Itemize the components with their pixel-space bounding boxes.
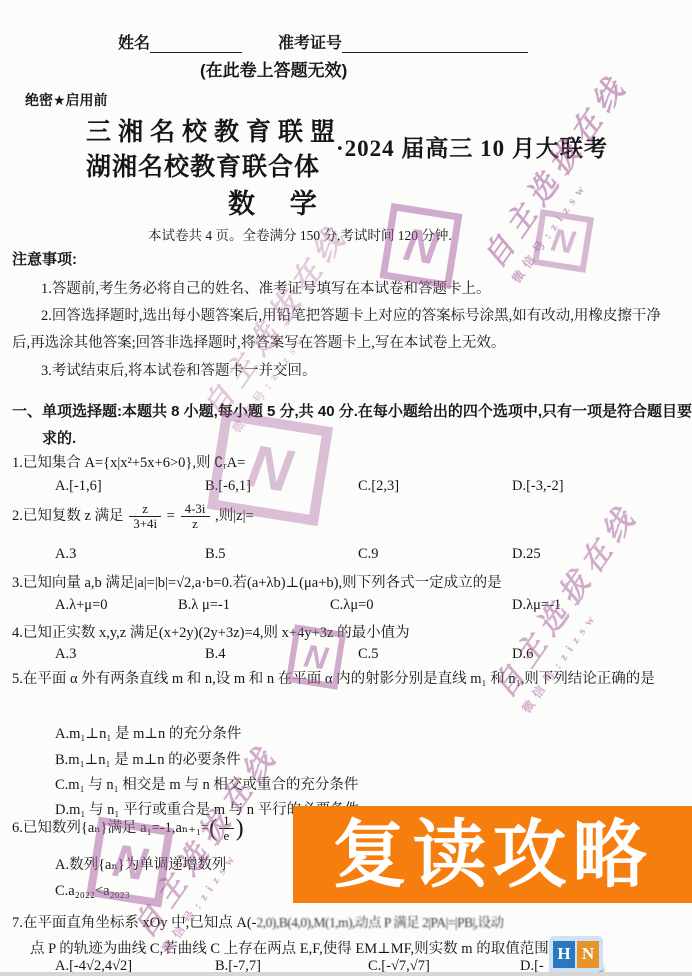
option-c: C.5	[358, 646, 379, 663]
exam-no-blank-line	[342, 37, 528, 53]
question-1-stem: 1.已知集合 A={x|x²+5x+6>0},则 ∁ᵣA=	[12, 450, 667, 476]
option-a: A.λ+μ=0	[55, 597, 108, 614]
question-6-option-a: A.数列{aₙ}为单调递增数列	[55, 852, 226, 878]
option-a: A.3	[55, 646, 76, 663]
question-5-option-b: B.m₁⊥n₁ 是 m⊥n 的必要条件	[55, 747, 241, 773]
secret-label: 绝密★启用前	[25, 90, 108, 110]
option-c: C.λμ=0	[330, 597, 374, 614]
q6-open-paren: (	[209, 816, 217, 842]
watermark-n-logo-icon: N	[532, 209, 594, 273]
option-d: D.25	[512, 546, 541, 563]
q2-prefix: 2.已知复数 z 满足	[12, 508, 124, 524]
hn-logo-n-icon: N	[577, 941, 599, 968]
notice-item-1: 1.答题前,考生务必将自己的姓名、准考证号填写在本试卷和答题卡上。	[12, 276, 667, 302]
watermark-sub-text: 微信号:zizsw	[508, 90, 653, 287]
question-7-line1: 7.在平面直角坐标系 xOy 中,已知点 A(-2,0),B(4,0),M(1,…	[12, 910, 690, 936]
q7-line1-blurred: 2,0),B(4,0),M(1,m),动点 P 满足 2|PA|=|PB|,设动	[256, 915, 503, 930]
notice-heading: 注意事项:	[12, 248, 77, 269]
hn-logo: H N	[549, 936, 603, 972]
option-c: C.9	[358, 546, 379, 563]
option-b: B.5	[205, 546, 226, 563]
promo-banner-text: 复读攻略	[333, 818, 653, 892]
q2-equals: =	[167, 508, 175, 524]
watermark-main-text: 自主选拔在线	[470, 63, 637, 275]
option-a: A.3	[55, 546, 76, 563]
question-2-stem: 2.已知复数 z 满足 z3+4i = 4-3iz ,则|z|=	[12, 502, 667, 531]
notice-item-2: 2.回答选择题时,选出每小题答案后,用铅笔把答题卡上对应的答案标号涂黑,如有改动…	[12, 303, 667, 357]
option-d: D.[-3,-2]	[512, 478, 564, 495]
q6-close-paren: )	[236, 816, 244, 842]
option-c: C.[2,3]	[358, 478, 399, 495]
question-3-stem: 3.已知向量 a,b 满足|a|=|b|=√2,a·b=0.若(a+λb)⊥(μ…	[12, 570, 667, 596]
question-5-option-c: C.m₁ 与 n₁ 相交是 m 与 n 相交或重合的充分条件	[55, 772, 358, 798]
subject-title: 数 学	[228, 182, 331, 221]
name-blank-line	[150, 37, 242, 53]
option-b: B.λ μ=-1	[178, 597, 230, 614]
q6-fraction: 1e	[219, 814, 234, 843]
title-line1: 三湘名校教育联盟	[86, 112, 342, 148]
notice-item-3: 3.考试结束后,将本试卷和答题卡一并交回。	[12, 358, 667, 384]
option-d: D.6	[512, 646, 533, 663]
option-a: A.[-1,6]	[55, 478, 102, 495]
question-4-stem: 4.已知正实数 x,y,z 满足(x+2y)(2y+3z)=4,则 x+4y+3…	[12, 620, 667, 646]
name-label: 姓名	[118, 35, 150, 52]
question-5-option-a: A.m₁⊥n₁ 是 m⊥n 的充分条件	[55, 721, 241, 747]
exam-no-label: 准考证号	[278, 35, 342, 52]
q2-fraction-2: 4-3iz	[181, 502, 210, 531]
name-examno-row: 姓名 准考证号	[118, 30, 528, 53]
section-1-heading: 一、单项选择题:本题共 8 小题,每小题 5 分,共 40 分.在每小题给出的四…	[12, 398, 692, 452]
q6-prefix: 6.已知数列{aₙ}满足 a₁=-1,aₙ₊₁=	[12, 820, 209, 836]
hn-logo-h-icon: H	[553, 941, 575, 968]
title-right: ·2024 届高三 10 月大联考	[336, 130, 608, 163]
q2-fraction-1: z3+4i	[129, 502, 161, 531]
invalid-note: (在此卷上答题无效)	[200, 56, 347, 81]
option-b: B.[-6,1]	[205, 478, 251, 495]
option-d: D.λμ=-1	[512, 597, 561, 614]
promo-banner: 复读攻略	[293, 806, 692, 903]
question-6-option-c: C.a₂₀₂₂<a₂₀₂₃	[55, 878, 130, 904]
exam-paper-page: 姓名 准考证号 (在此卷上答题无效) 绝密★启用前 三湘名校教育联盟 湖湘名校教…	[0, 0, 692, 976]
title-line2: 湖湘名校教育联合体	[86, 147, 320, 183]
paper-meta: 本试卷共 4 页。全卷满分 150 分,考试时间 120 分钟.	[148, 224, 452, 244]
question-5-stem: 5.在平面 α 外有两条直线 m 和 n,设 m 和 n 在平面 α 内的射影分…	[12, 666, 692, 692]
option-b: B.4	[205, 646, 226, 663]
scan-edge	[0, 972, 692, 976]
q2-suffix: ,则|z|=	[215, 508, 254, 524]
q7-line1-clear: 7.在平面直角坐标系 xOy 中,已知点 A(-	[12, 915, 256, 931]
